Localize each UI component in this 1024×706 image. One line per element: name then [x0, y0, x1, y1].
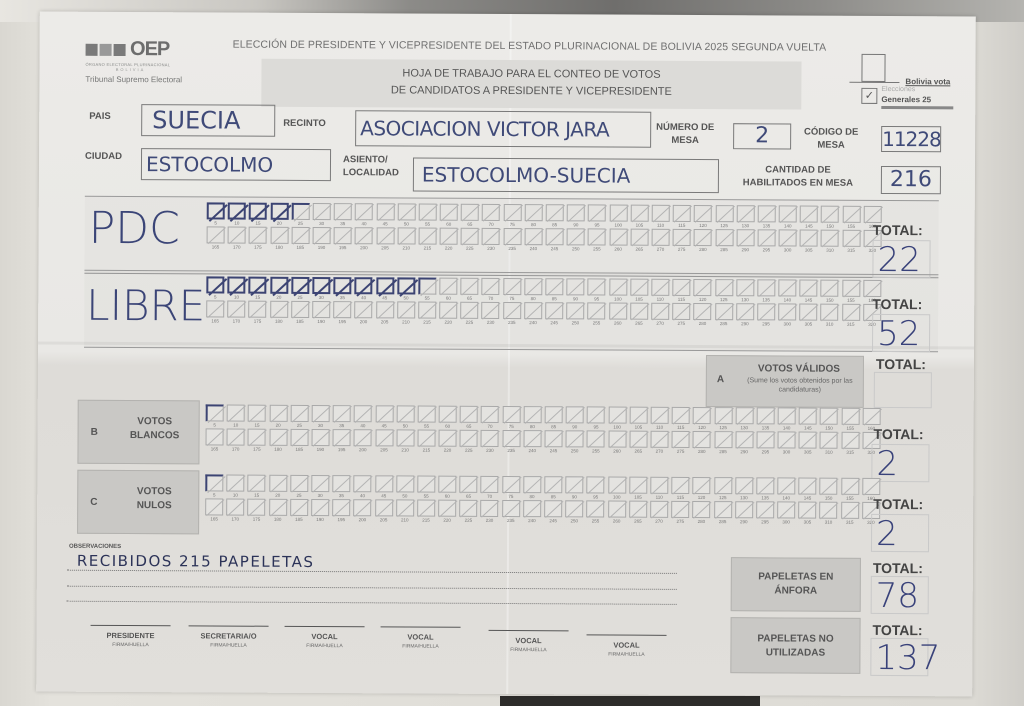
tally-cell[interactable] — [608, 501, 626, 518]
tally-cell[interactable] — [735, 407, 753, 424]
tally-cell[interactable] — [758, 205, 776, 222]
tally-cell[interactable] — [629, 501, 647, 518]
tally-cell-number: 175 — [249, 244, 267, 251]
tally-cell[interactable] — [545, 430, 563, 447]
tally-cell[interactable] — [523, 406, 541, 423]
tally-cell[interactable] — [482, 204, 500, 221]
tally-cell[interactable] — [503, 228, 521, 245]
tally-cell[interactable] — [757, 303, 775, 320]
tally-cell[interactable] — [756, 501, 774, 518]
tally-cell-number: 250 — [567, 245, 585, 252]
tally-cell[interactable] — [460, 430, 478, 447]
tally-cell[interactable] — [269, 429, 287, 446]
tally-cell[interactable] — [567, 228, 585, 245]
tally-cell[interactable] — [671, 477, 689, 494]
tally-cell[interactable] — [249, 277, 267, 294]
tally-cell[interactable] — [715, 303, 733, 320]
tally-cell[interactable] — [355, 227, 373, 244]
tally-cell[interactable] — [650, 501, 668, 518]
tally-cell[interactable] — [482, 302, 500, 319]
tally-cell[interactable] — [566, 302, 584, 319]
tally-cell[interactable] — [545, 406, 563, 423]
tally-cell[interactable] — [397, 203, 415, 220]
tally-cell[interactable] — [227, 405, 245, 422]
tally-cell[interactable] — [227, 301, 245, 318]
tally-cell[interactable] — [630, 205, 648, 222]
tally-cell[interactable] — [461, 204, 479, 221]
tally-cell[interactable] — [798, 502, 816, 519]
tally-cell[interactable] — [248, 405, 266, 422]
asiento-label-2: LOCALIDAD — [343, 166, 399, 179]
tally-cell[interactable] — [756, 431, 774, 448]
tally-cell[interactable] — [333, 405, 351, 422]
tally-cell[interactable] — [841, 408, 859, 425]
tally-cell[interactable] — [841, 432, 859, 449]
tally-cell[interactable] — [270, 203, 288, 220]
tally-cell[interactable] — [608, 407, 626, 424]
tally-cell[interactable] — [736, 205, 754, 222]
tally-cell[interactable] — [397, 227, 415, 244]
tally-cell[interactable] — [290, 429, 308, 446]
tally-cell[interactable] — [354, 301, 372, 318]
tally-cell[interactable] — [820, 478, 838, 495]
tally-cell[interactable] — [862, 478, 880, 495]
tally-cell-number: 200 — [353, 516, 371, 523]
tally-cell[interactable] — [565, 476, 583, 493]
tally-cell[interactable] — [375, 405, 393, 422]
tally-cell[interactable] — [544, 476, 562, 493]
tally-cell[interactable] — [862, 408, 880, 425]
tally-cell[interactable] — [821, 304, 839, 321]
tally-cell[interactable] — [269, 475, 287, 492]
tally-cell[interactable] — [588, 228, 606, 245]
title-line2: ÁNFORA — [732, 584, 860, 599]
tally-cell[interactable] — [355, 277, 373, 294]
tally-cell[interactable] — [672, 431, 690, 448]
tally-cell[interactable] — [354, 429, 372, 446]
tally-cell[interactable] — [290, 405, 308, 422]
tally-cell[interactable] — [439, 406, 457, 423]
tally-cell[interactable] — [481, 500, 499, 517]
tally-cell[interactable] — [757, 229, 775, 246]
tally-cell[interactable] — [311, 475, 329, 492]
tally-cell[interactable] — [757, 279, 775, 296]
tally-cell[interactable] — [566, 430, 584, 447]
tally-cell[interactable] — [630, 279, 648, 296]
tally-cell[interactable] — [567, 204, 585, 221]
tally-cell[interactable] — [375, 429, 393, 446]
tally-cell[interactable] — [524, 278, 542, 295]
tally-cell[interactable] — [482, 228, 500, 245]
tally-cell[interactable] — [396, 429, 414, 446]
tally-cell[interactable] — [820, 408, 838, 425]
tally-cell[interactable] — [502, 406, 520, 423]
tally-cell[interactable] — [652, 229, 670, 246]
tally-cell[interactable] — [439, 430, 457, 447]
tally-cell[interactable] — [546, 228, 564, 245]
tally-cell[interactable] — [503, 204, 521, 221]
tally-cell[interactable] — [736, 279, 754, 296]
tally-cell[interactable] — [227, 429, 245, 446]
tally-cell[interactable] — [777, 477, 795, 494]
tally-cell[interactable] — [629, 477, 647, 494]
signature-vocal-4[interactable]: VOCAL FIRMA/HUELLA — [586, 634, 666, 657]
observations-line — [67, 570, 677, 574]
tally-cell[interactable] — [525, 204, 543, 221]
tally-cell[interactable] — [311, 429, 329, 446]
tally-cell[interactable] — [693, 477, 711, 494]
signature-secretaria[interactable]: SECRETARIA/O FIRMA/HUELLA — [188, 625, 268, 648]
tally-cell[interactable] — [312, 301, 330, 318]
total-null-field[interactable]: 2 — [871, 514, 929, 552]
tally-cell[interactable] — [397, 277, 415, 294]
tally-cell[interactable] — [694, 205, 712, 222]
tally-cell[interactable] — [652, 205, 670, 222]
tally-cell[interactable] — [396, 475, 414, 492]
tally-cell[interactable] — [523, 430, 541, 447]
tally-cell[interactable] — [228, 203, 246, 220]
tally-cell[interactable] — [438, 500, 456, 517]
tally-cell[interactable] — [502, 500, 520, 517]
tally-cell[interactable] — [714, 431, 732, 448]
tally-cell[interactable] — [291, 227, 309, 244]
tally-cell[interactable] — [863, 280, 881, 297]
tally-cell[interactable] — [841, 478, 859, 495]
tally-cell[interactable] — [461, 278, 479, 295]
tally-cell[interactable] — [630, 303, 648, 320]
tally-cell-number: 215 — [418, 245, 436, 252]
tally-cell-number: 180 — [269, 446, 287, 453]
tally-cell-number: 260 — [609, 320, 627, 327]
tally-cell-number: 190 — [312, 318, 330, 325]
tally-cell[interactable] — [566, 278, 584, 295]
numero-mesa-field[interactable]: 2 — [733, 123, 791, 149]
total-pdc-field[interactable]: 22 — [872, 240, 930, 278]
tally-cell[interactable] — [461, 228, 479, 245]
tally-cell[interactable] — [692, 501, 710, 518]
tally-cell[interactable] — [439, 302, 457, 319]
tally-cell[interactable] — [503, 278, 521, 295]
tally-cell[interactable] — [332, 475, 350, 492]
tally-cell[interactable] — [481, 406, 499, 423]
tally-cell[interactable] — [714, 501, 732, 518]
tally-cell[interactable] — [608, 477, 626, 494]
tally-cell[interactable] — [270, 301, 288, 318]
tally-cell[interactable] — [312, 405, 330, 422]
tally-cell[interactable] — [523, 476, 541, 493]
tally-cell[interactable] — [248, 499, 266, 516]
total-blank-field[interactable]: 2 — [871, 444, 929, 482]
tally-cell[interactable] — [206, 300, 224, 317]
tally-cell[interactable] — [228, 227, 246, 244]
tally-cell[interactable] — [417, 476, 435, 493]
tally-cell[interactable] — [672, 279, 690, 296]
tally-cell[interactable] — [396, 405, 414, 422]
tally-cell[interactable] — [799, 478, 817, 495]
tally-cell[interactable] — [736, 303, 754, 320]
tally-cell[interactable] — [354, 475, 372, 492]
tally-cell[interactable] — [693, 431, 711, 448]
signature-vocal-1[interactable]: VOCAL FIRMA/HUELLA — [284, 626, 364, 649]
total-label: TOTAL: — [873, 496, 923, 512]
tally-cell[interactable] — [333, 301, 351, 318]
tally-cell[interactable] — [417, 500, 435, 517]
tally-cell[interactable] — [396, 499, 414, 516]
tally-cell[interactable] — [821, 230, 839, 247]
tally-cell[interactable] — [820, 502, 838, 519]
tally-cell[interactable] — [694, 229, 712, 246]
tally-cell[interactable] — [545, 302, 563, 319]
tally-cell[interactable] — [291, 301, 309, 318]
tally-cell[interactable] — [842, 206, 860, 223]
recinto-field[interactable]: ASOCIACION VICTOR JARA — [355, 110, 651, 148]
tally-cell[interactable] — [778, 431, 796, 448]
tally-cell[interactable] — [629, 407, 647, 424]
tally-cell[interactable] — [375, 499, 393, 516]
tally-cell[interactable] — [715, 279, 733, 296]
tally-cell[interactable] — [842, 230, 860, 247]
tally-cell[interactable] — [800, 280, 818, 297]
tally-cell[interactable] — [715, 229, 733, 246]
logo-line — [849, 82, 899, 83]
tally-cell[interactable] — [313, 203, 331, 220]
tally-cell[interactable] — [651, 303, 669, 320]
tally-cell[interactable] — [650, 431, 668, 448]
tally-cell[interactable] — [693, 303, 711, 320]
tally-cell[interactable] — [588, 278, 606, 295]
tally-cell[interactable] — [376, 227, 394, 244]
tally-cell[interactable] — [523, 500, 541, 517]
tally-cell[interactable] — [376, 277, 394, 294]
total-ballots-unused-field[interactable]: 137 — [870, 638, 928, 676]
tally-cell[interactable] — [546, 204, 564, 221]
total-valid-votes-field[interactable] — [874, 372, 932, 408]
tally-cell[interactable] — [460, 476, 478, 493]
tally-cell[interactable] — [376, 301, 394, 318]
tally-cell[interactable] — [270, 277, 288, 294]
tally-cell[interactable] — [672, 407, 690, 424]
tally-cell[interactable] — [842, 280, 860, 297]
tally-cell-number: 175 — [249, 318, 267, 325]
tally-cell[interactable] — [609, 279, 627, 296]
tally-cell[interactable] — [312, 277, 330, 294]
tally-cell-number: 190 — [311, 446, 329, 453]
tally-cell[interactable] — [313, 227, 331, 244]
tally-cell[interactable] — [418, 302, 436, 319]
tally-cell[interactable] — [587, 406, 605, 423]
tally-cell[interactable] — [311, 499, 329, 516]
tally-cell[interactable] — [481, 476, 499, 493]
total-ballots-in-box-field[interactable]: 78 — [871, 576, 929, 614]
tally-cell[interactable] — [693, 407, 711, 424]
tally-cell[interactable] — [566, 406, 584, 423]
tally-cell[interactable] — [333, 429, 351, 446]
tally-cell[interactable] — [800, 206, 818, 223]
tally-cell[interactable] — [249, 301, 267, 318]
tally-cell[interactable] — [864, 206, 882, 223]
tally-cell[interactable] — [460, 302, 478, 319]
tally-cell[interactable] — [715, 205, 733, 222]
tally-cell[interactable] — [290, 499, 308, 516]
tally-cell[interactable] — [269, 405, 287, 422]
tally-cell[interactable] — [354, 405, 372, 422]
tally-cell[interactable] — [671, 501, 689, 518]
tally-cell[interactable] — [439, 278, 457, 295]
tally-cell[interactable] — [799, 408, 817, 425]
tally-cell[interactable] — [651, 407, 669, 424]
tally-cell[interactable] — [290, 475, 308, 492]
tally-cell-number: 270 — [650, 448, 668, 455]
habilitados-field[interactable]: 216 — [881, 166, 941, 194]
tally-cell[interactable] — [376, 203, 394, 220]
tally-cell[interactable] — [502, 430, 520, 447]
pais-field[interactable]: SUECIA — [141, 104, 275, 137]
tally-cell-number: 170 — [227, 318, 245, 325]
tally-cell[interactable] — [418, 406, 436, 423]
tally-cell[interactable] — [714, 407, 732, 424]
tally-cell[interactable] — [333, 277, 351, 294]
tally-cell[interactable] — [757, 407, 775, 424]
tally-cell[interactable] — [673, 229, 691, 246]
tally-cell[interactable] — [629, 431, 647, 448]
tally-cell[interactable] — [502, 476, 520, 493]
tally-cell[interactable] — [736, 229, 754, 246]
tally-cell[interactable] — [524, 302, 542, 319]
tally-cell[interactable] — [779, 229, 797, 246]
tally-cell[interactable] — [524, 228, 542, 245]
tally-cell[interactable] — [650, 477, 668, 494]
brand-line3: Generales 25 — [881, 95, 931, 104]
tally-cell[interactable] — [821, 206, 839, 223]
tally-cell[interactable] — [779, 205, 797, 222]
signature-vocal-3[interactable]: VOCAL FIRMA/HUELLA — [488, 630, 568, 653]
tally-cell[interactable] — [800, 230, 818, 247]
tally-cell[interactable] — [842, 304, 860, 321]
tally-cell[interactable] — [799, 432, 817, 449]
tally-cell[interactable] — [587, 430, 605, 447]
tally-cell[interactable] — [206, 276, 224, 293]
tally-cell[interactable] — [587, 476, 605, 493]
tally-cell[interactable] — [481, 430, 499, 447]
signature-vocal-2[interactable]: VOCAL FIRMA/HUELLA — [380, 626, 460, 649]
tally-cell[interactable] — [269, 499, 287, 516]
tally-cell[interactable] — [778, 279, 796, 296]
tally-cell[interactable] — [291, 203, 309, 220]
tally-cell[interactable] — [206, 404, 224, 421]
tally-cell[interactable] — [609, 229, 627, 246]
tally-cell[interactable] — [418, 228, 436, 245]
tally-cell[interactable] — [778, 303, 796, 320]
tally-cell[interactable] — [778, 407, 796, 424]
tally-cell[interactable] — [334, 203, 352, 220]
tally-cell[interactable] — [332, 499, 350, 516]
tally-cell[interactable] — [207, 202, 225, 219]
tally-cell[interactable] — [651, 279, 669, 296]
tally-cell[interactable] — [353, 499, 371, 516]
tally-cell[interactable] — [440, 228, 458, 245]
tally-cell[interactable] — [291, 277, 309, 294]
logo-squares-icon — [86, 43, 126, 55]
tally-cell[interactable] — [270, 227, 288, 244]
tally-cell[interactable] — [841, 502, 859, 519]
tally-cell[interactable] — [735, 477, 753, 494]
tally-cell[interactable] — [714, 477, 732, 494]
tally-cell[interactable] — [226, 475, 244, 492]
tally-cell[interactable] — [440, 204, 458, 221]
tally-cell-number: 215 — [418, 319, 436, 326]
tally-cell[interactable] — [460, 406, 478, 423]
tally-cell[interactable] — [419, 204, 437, 221]
tally-cell[interactable] — [228, 277, 246, 294]
ciudad-field[interactable]: ESTOCOLMO — [141, 148, 331, 181]
tally-cell[interactable] — [459, 500, 477, 517]
observations-field[interactable]: RECIBIDOS 215 PAPELETAS — [77, 552, 315, 571]
habilitados-label-2: HABILITADOS EN MESA — [733, 176, 863, 190]
tally-cell[interactable] — [672, 303, 690, 320]
tally-cell[interactable] — [673, 205, 691, 222]
tally-cell[interactable] — [608, 431, 626, 448]
tally-cell[interactable] — [334, 227, 352, 244]
tally-cell[interactable] — [418, 278, 436, 295]
tally-cell[interactable] — [482, 278, 500, 295]
tally-cell[interactable] — [777, 501, 795, 518]
tally-cell-number: 195 — [334, 244, 352, 251]
tally-cell[interactable] — [417, 430, 435, 447]
tally-cell-number: 205 — [376, 244, 394, 251]
total-libre-field[interactable]: 52 — [872, 314, 930, 352]
tally-cell[interactable] — [545, 278, 563, 295]
codigo-mesa-field[interactable]: 11228 — [881, 126, 941, 152]
tally-cell[interactable] — [226, 499, 244, 516]
tally-cell[interactable] — [630, 229, 648, 246]
tally-cell[interactable] — [588, 204, 606, 221]
tally-cell-number: 255 — [587, 447, 605, 454]
tally-cell[interactable] — [355, 203, 373, 220]
tally-cell-number: 265 — [630, 246, 648, 253]
tally-cell[interactable] — [565, 500, 583, 517]
signature-presidente[interactable]: PRESIDENTE FIRMA/HUELLA — [90, 625, 170, 648]
tally-cell[interactable] — [694, 279, 712, 296]
tally-cell[interactable] — [587, 500, 605, 517]
tally-cell[interactable] — [735, 431, 753, 448]
tally-cell[interactable] — [249, 227, 267, 244]
tally-cell[interactable] — [438, 476, 456, 493]
tally-cell[interactable] — [544, 500, 562, 517]
tally-cell[interactable] — [207, 226, 225, 243]
tally-cell[interactable] — [248, 429, 266, 446]
tally-cell[interactable] — [821, 280, 839, 297]
tally-cell[interactable] — [375, 475, 393, 492]
tally-cell[interactable] — [205, 474, 223, 491]
signature-sub: FIRMA/HUELLA — [284, 643, 364, 649]
brand-line2: Elecciones — [881, 86, 915, 93]
tally-cell[interactable] — [503, 302, 521, 319]
tally-cell[interactable] — [609, 205, 627, 222]
asiento-field[interactable]: ESTOCOLMO-SUECIA — [413, 158, 719, 194]
tally-cell[interactable] — [397, 301, 415, 318]
tally-cell[interactable] — [609, 303, 627, 320]
tally-cell[interactable] — [205, 498, 223, 515]
tally-cell[interactable] — [735, 501, 753, 518]
tally-cell[interactable] — [820, 432, 838, 449]
tally-cell[interactable] — [799, 304, 817, 321]
tally-cell[interactable] — [248, 475, 266, 492]
tally-cell[interactable] — [756, 477, 774, 494]
signature-line — [285, 626, 365, 627]
tally-cell[interactable] — [249, 203, 267, 220]
tally-cell[interactable] — [206, 428, 224, 445]
tally-cell[interactable] — [588, 302, 606, 319]
